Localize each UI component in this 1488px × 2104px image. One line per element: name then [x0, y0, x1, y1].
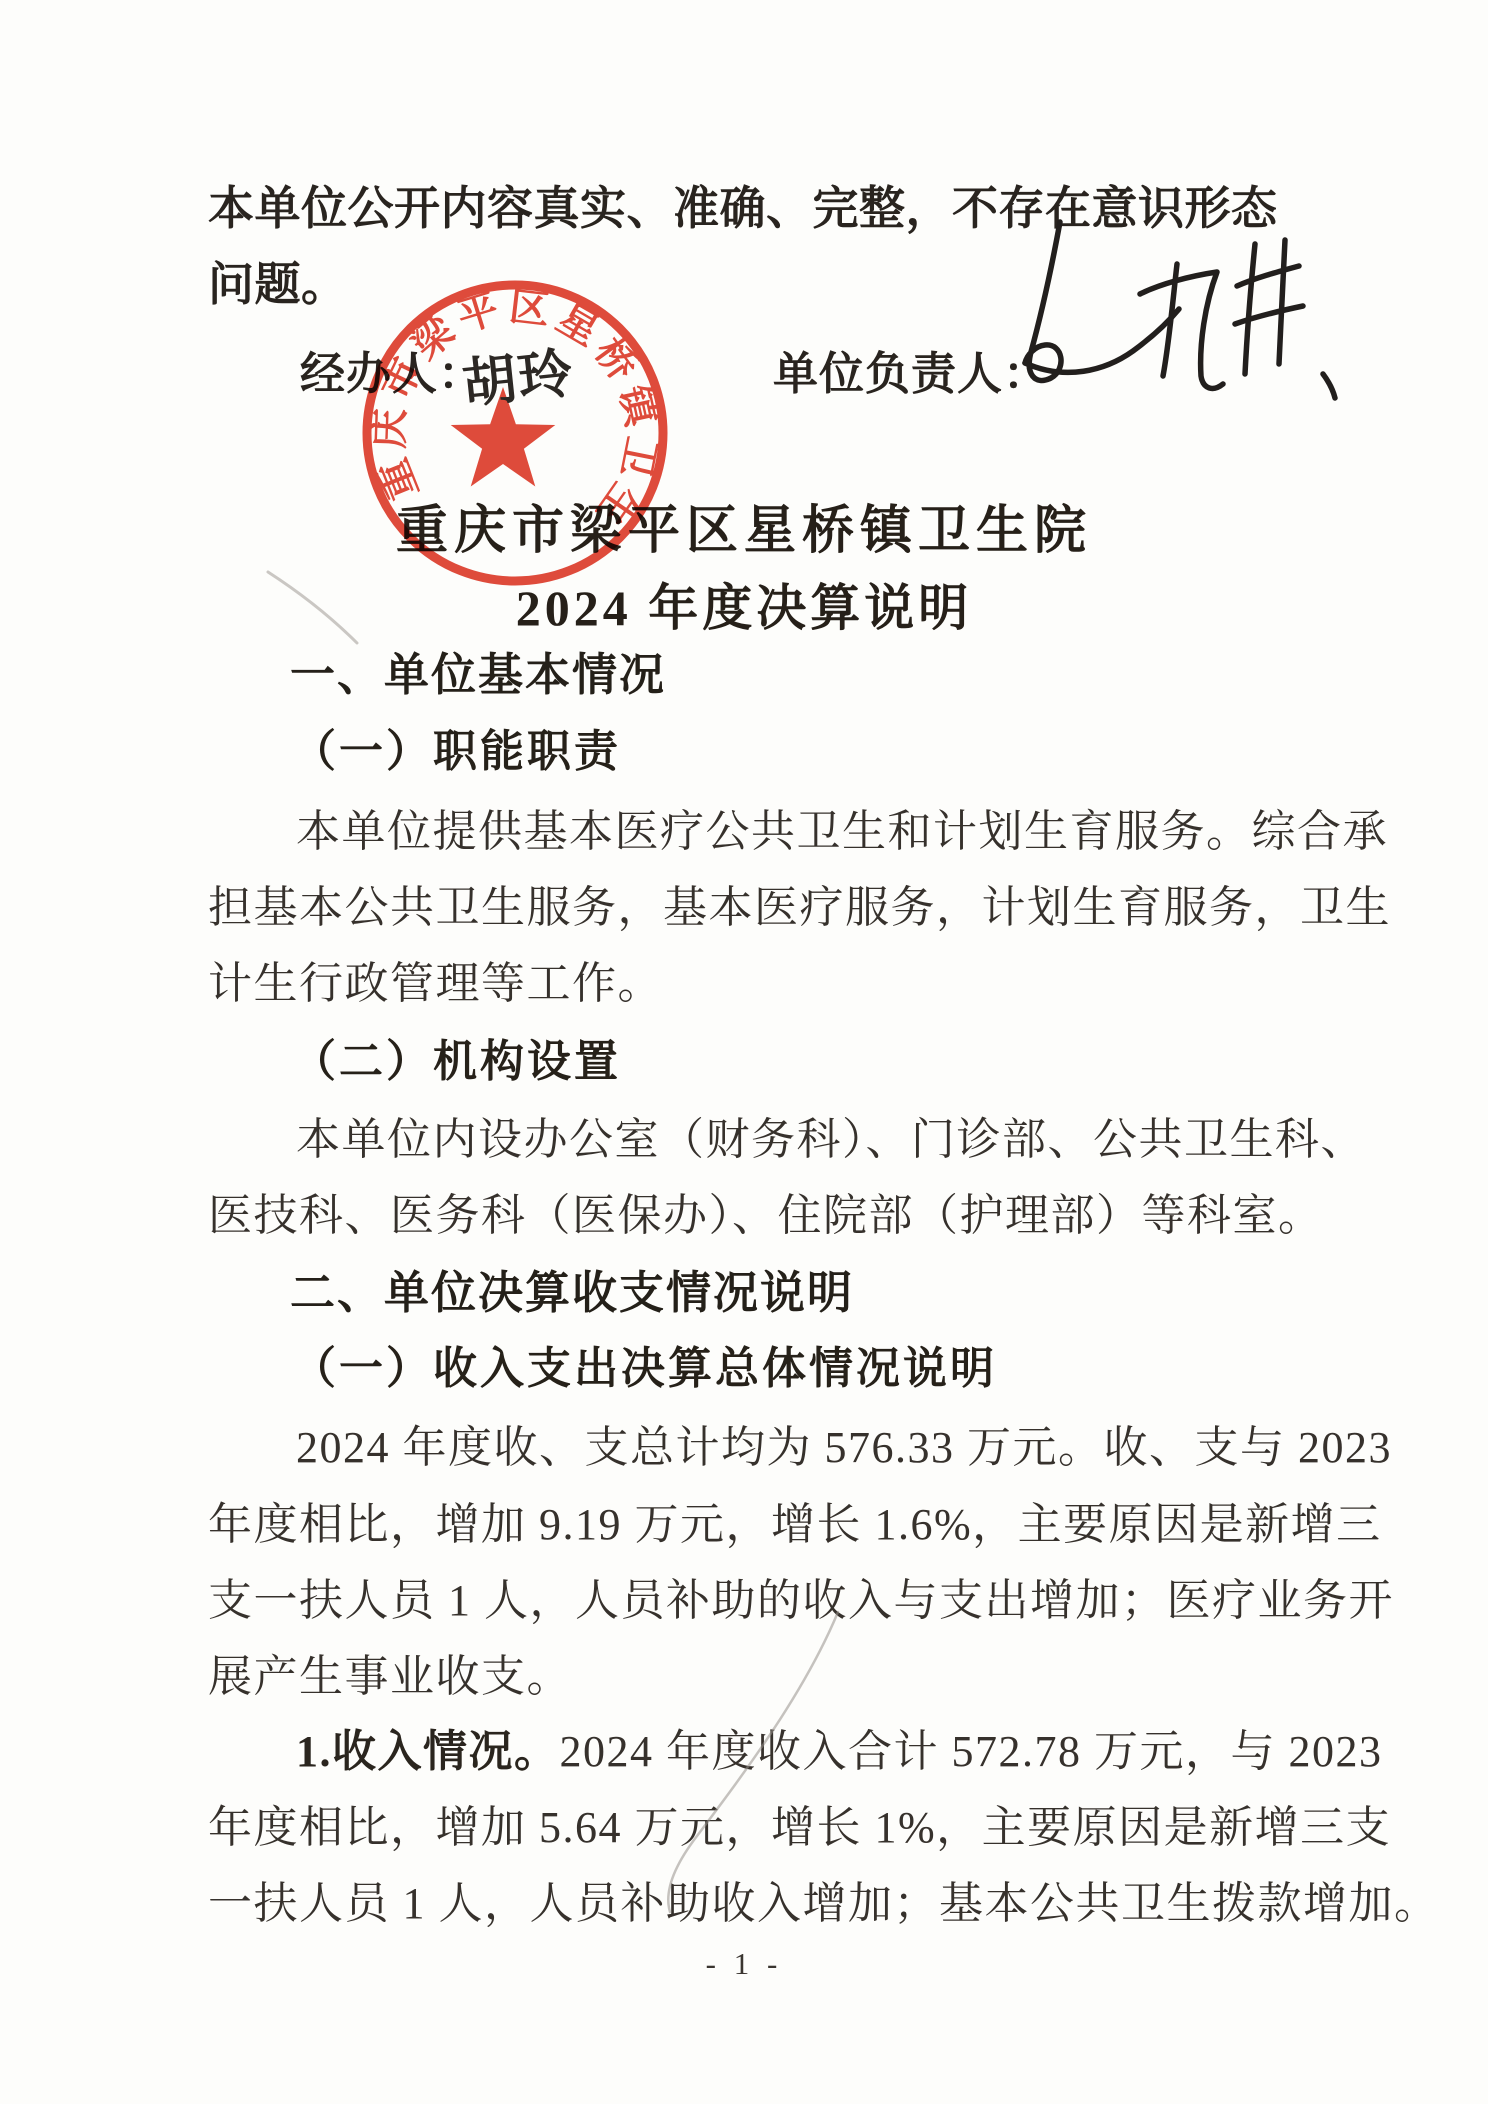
head-signature: [955, 212, 1355, 417]
document-title-line-1: 重庆市梁平区星桥镇卫生院: [154, 488, 1334, 563]
handler-signature: 胡玲: [458, 330, 577, 418]
scanned-document-page: 本单位公开内容真实、准确、完整，不存在意识形态 问题。 经办人： 胡玲 单位负责…: [0, 0, 1488, 2104]
head-signature-stroke: [1279, 240, 1285, 364]
section-heading-1: 一、单位基本情况: [290, 652, 666, 697]
paragraph-2-line-1: 本单位内设办公室（财务科）、门诊部、公共卫生科、: [296, 1118, 1366, 1162]
subsection-heading-2-1: （一）收入支出决算总体情况说明: [292, 1347, 997, 1391]
paragraph-3-line-4: 展产生事业收支。: [208, 1655, 572, 1699]
paragraph-3-line-3: 支一扶人员 1 人，人员补助的收入与支出增加；医疗业务开: [208, 1579, 1394, 1623]
paragraph-1-line-1: 本单位提供基本医疗公共卫生和计划生育服务。综合承: [296, 810, 1388, 854]
paragraph-4-line-1: 1.收入情况。2024 年度收入合计 572.78 万元，与 2023: [296, 1730, 1383, 1774]
head-signature-stroke: [1025, 222, 1061, 380]
paragraph-1-line-3: 计生行政管理等工作。: [208, 962, 663, 1006]
declaration-line-2: 问题。: [208, 262, 348, 308]
paragraph-3-line-1: 2024 年度收、支总计均为 576.33 万元。收、支与 2023: [296, 1426, 1392, 1470]
head-signature-stroke: [1323, 374, 1335, 398]
paragraph-4-line-1-rest: 2024 年度收入合计 572.78 万元，与 2023: [560, 1727, 1383, 1776]
paragraph-4-line-3: 一扶人员 1 人，人员补助收入增加；基本公共卫生拨款增加。: [208, 1882, 1440, 1926]
paragraph-3-line-2: 年度相比，增加 9.19 万元，增长 1.6%，主要原因是新增三: [208, 1503, 1382, 1547]
head-signature-stroke: [1140, 272, 1223, 388]
official-seal: 重庆市梁平区星桥镇卫生院: [352, 276, 682, 598]
head-signature-stroke: [1237, 266, 1299, 286]
subsection-heading-1-1: （一）职能职责: [292, 730, 621, 774]
paragraph-1-line-2: 担基本公共卫生服务，基本医疗服务，计划生育服务，卫生: [208, 886, 1391, 930]
head-signature-stroke: [1025, 309, 1179, 372]
paragraph-2-line-2: 医技科、医务科（医保办）、住院部（护理部）等科室。: [208, 1194, 1324, 1238]
document-title-line-2: 2024 年度决算说明: [154, 568, 1334, 640]
subsection-heading-1-2: （二）机构设置: [292, 1040, 621, 1084]
head-signature-stroke: [1235, 306, 1303, 324]
paragraph-4-line-2: 年度相比，增加 5.64 万元，增长 1%，主要原因是新增三支: [208, 1806, 1391, 1850]
head-signature-stroke: [1245, 244, 1255, 374]
page-number: - 1 -: [0, 1946, 1488, 1982]
paragraph-4-lead: 1.收入情况。: [296, 1727, 560, 1776]
section-heading-2: 二、单位决算收支情况说明: [290, 1270, 854, 1315]
